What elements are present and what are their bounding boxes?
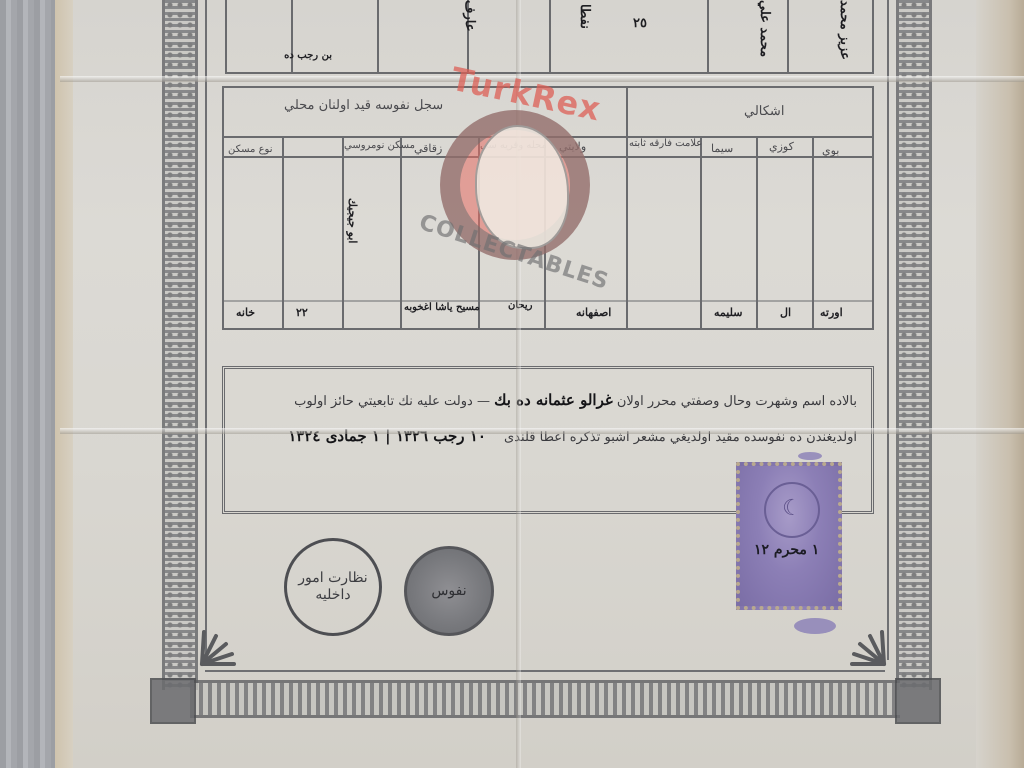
tughra-icon: ☾ [764,482,820,538]
section-title-features: اشكالي [744,104,784,119]
paper-fold [60,428,1024,434]
inner-rule-bottom [205,670,885,672]
value-house-number: ٢٢ [296,306,308,319]
background-wood [0,0,60,768]
header-residence-type: نوع مسكن [228,144,273,155]
header-street: زقاقي [414,142,442,155]
paper-edge-left [55,0,73,768]
handwritten-entry: نفطا [577,4,592,29]
value-height: اورته [820,306,843,319]
purple-postmark [794,618,836,634]
purple-ink-mark [798,452,822,460]
residence-table: سجل نفوسه قيد اولنان محلي اشكالي بوي كوز… [222,86,874,330]
header-quarter-village: محله وقريه سي [480,140,547,151]
section-title-residence: سجل نفوسه قيد اولنان محلي [284,98,443,113]
paper-fold [60,76,1024,82]
header-height: بوي [822,144,839,157]
ornament-border-bottom [190,680,900,718]
round-ink-seal: نفوس [404,546,494,636]
handwritten-entry: عارف [462,0,477,31]
handwritten-entry: ٢٥ [633,16,647,31]
holder-name: غرالو عثمانه ده بك [494,391,613,409]
ornament-border-left [162,0,198,690]
inner-rule-left [205,0,207,660]
revenue-stamp: ☾ ١ محرم ١٢ [736,462,842,610]
header-distinguishing-mark: علامت فارقه ثابته [629,138,702,149]
certificate-line-1: بالاده اسم وشهرت وحال وصفتي محرر اولان غ… [294,391,857,409]
inner-rule-right [887,0,889,660]
corner-ornament-left [150,678,196,724]
header-house-number: مسكن نومروسي [344,140,415,151]
value-province: اصفهانه [576,306,611,319]
paper-fold-vertical [516,0,521,768]
value-quarter: مسيح ياشا اغخوبه [404,302,480,313]
header-province: ولايتي [559,140,586,153]
seal-text: نفوس [431,583,466,600]
value-face: سليمه [714,306,742,319]
value-eyes: ال [780,306,791,319]
fan-ornament-left-icon [198,628,238,668]
nezaret-dahiliye-seal: نظارت امور داخليه [284,538,382,636]
value-street: ابو جيجيك [346,198,359,243]
paper-edge-right [976,0,1024,768]
value-residence-type: خانه [236,306,255,319]
top-table: عزيز محمد محمد علي ٢٥ نفطا عارف بن رجب د… [225,0,874,74]
stamp-cancellation: ١ محرم ١٢ [754,542,819,558]
header-face: سيما [711,142,733,155]
ornament-border-right [896,0,932,690]
handwritten-entry: محمد علي [757,0,772,57]
corner-ornament-right [895,678,941,724]
handwritten-entry: بن رجب ده [284,50,332,61]
seal-text: نظارت امور داخليه [287,570,379,604]
handwritten-entry: عزيز محمد [837,0,852,60]
fan-ornament-right-icon [848,628,888,668]
header-eyes: كوزي [769,140,794,153]
certificate-line1-prefix: بالاده اسم وشهرت وحال وصفتي محرر اولان [617,394,857,409]
certificate-line1-suffix: دولت عليه نك تابعيتي حائز اولوب [294,394,473,409]
